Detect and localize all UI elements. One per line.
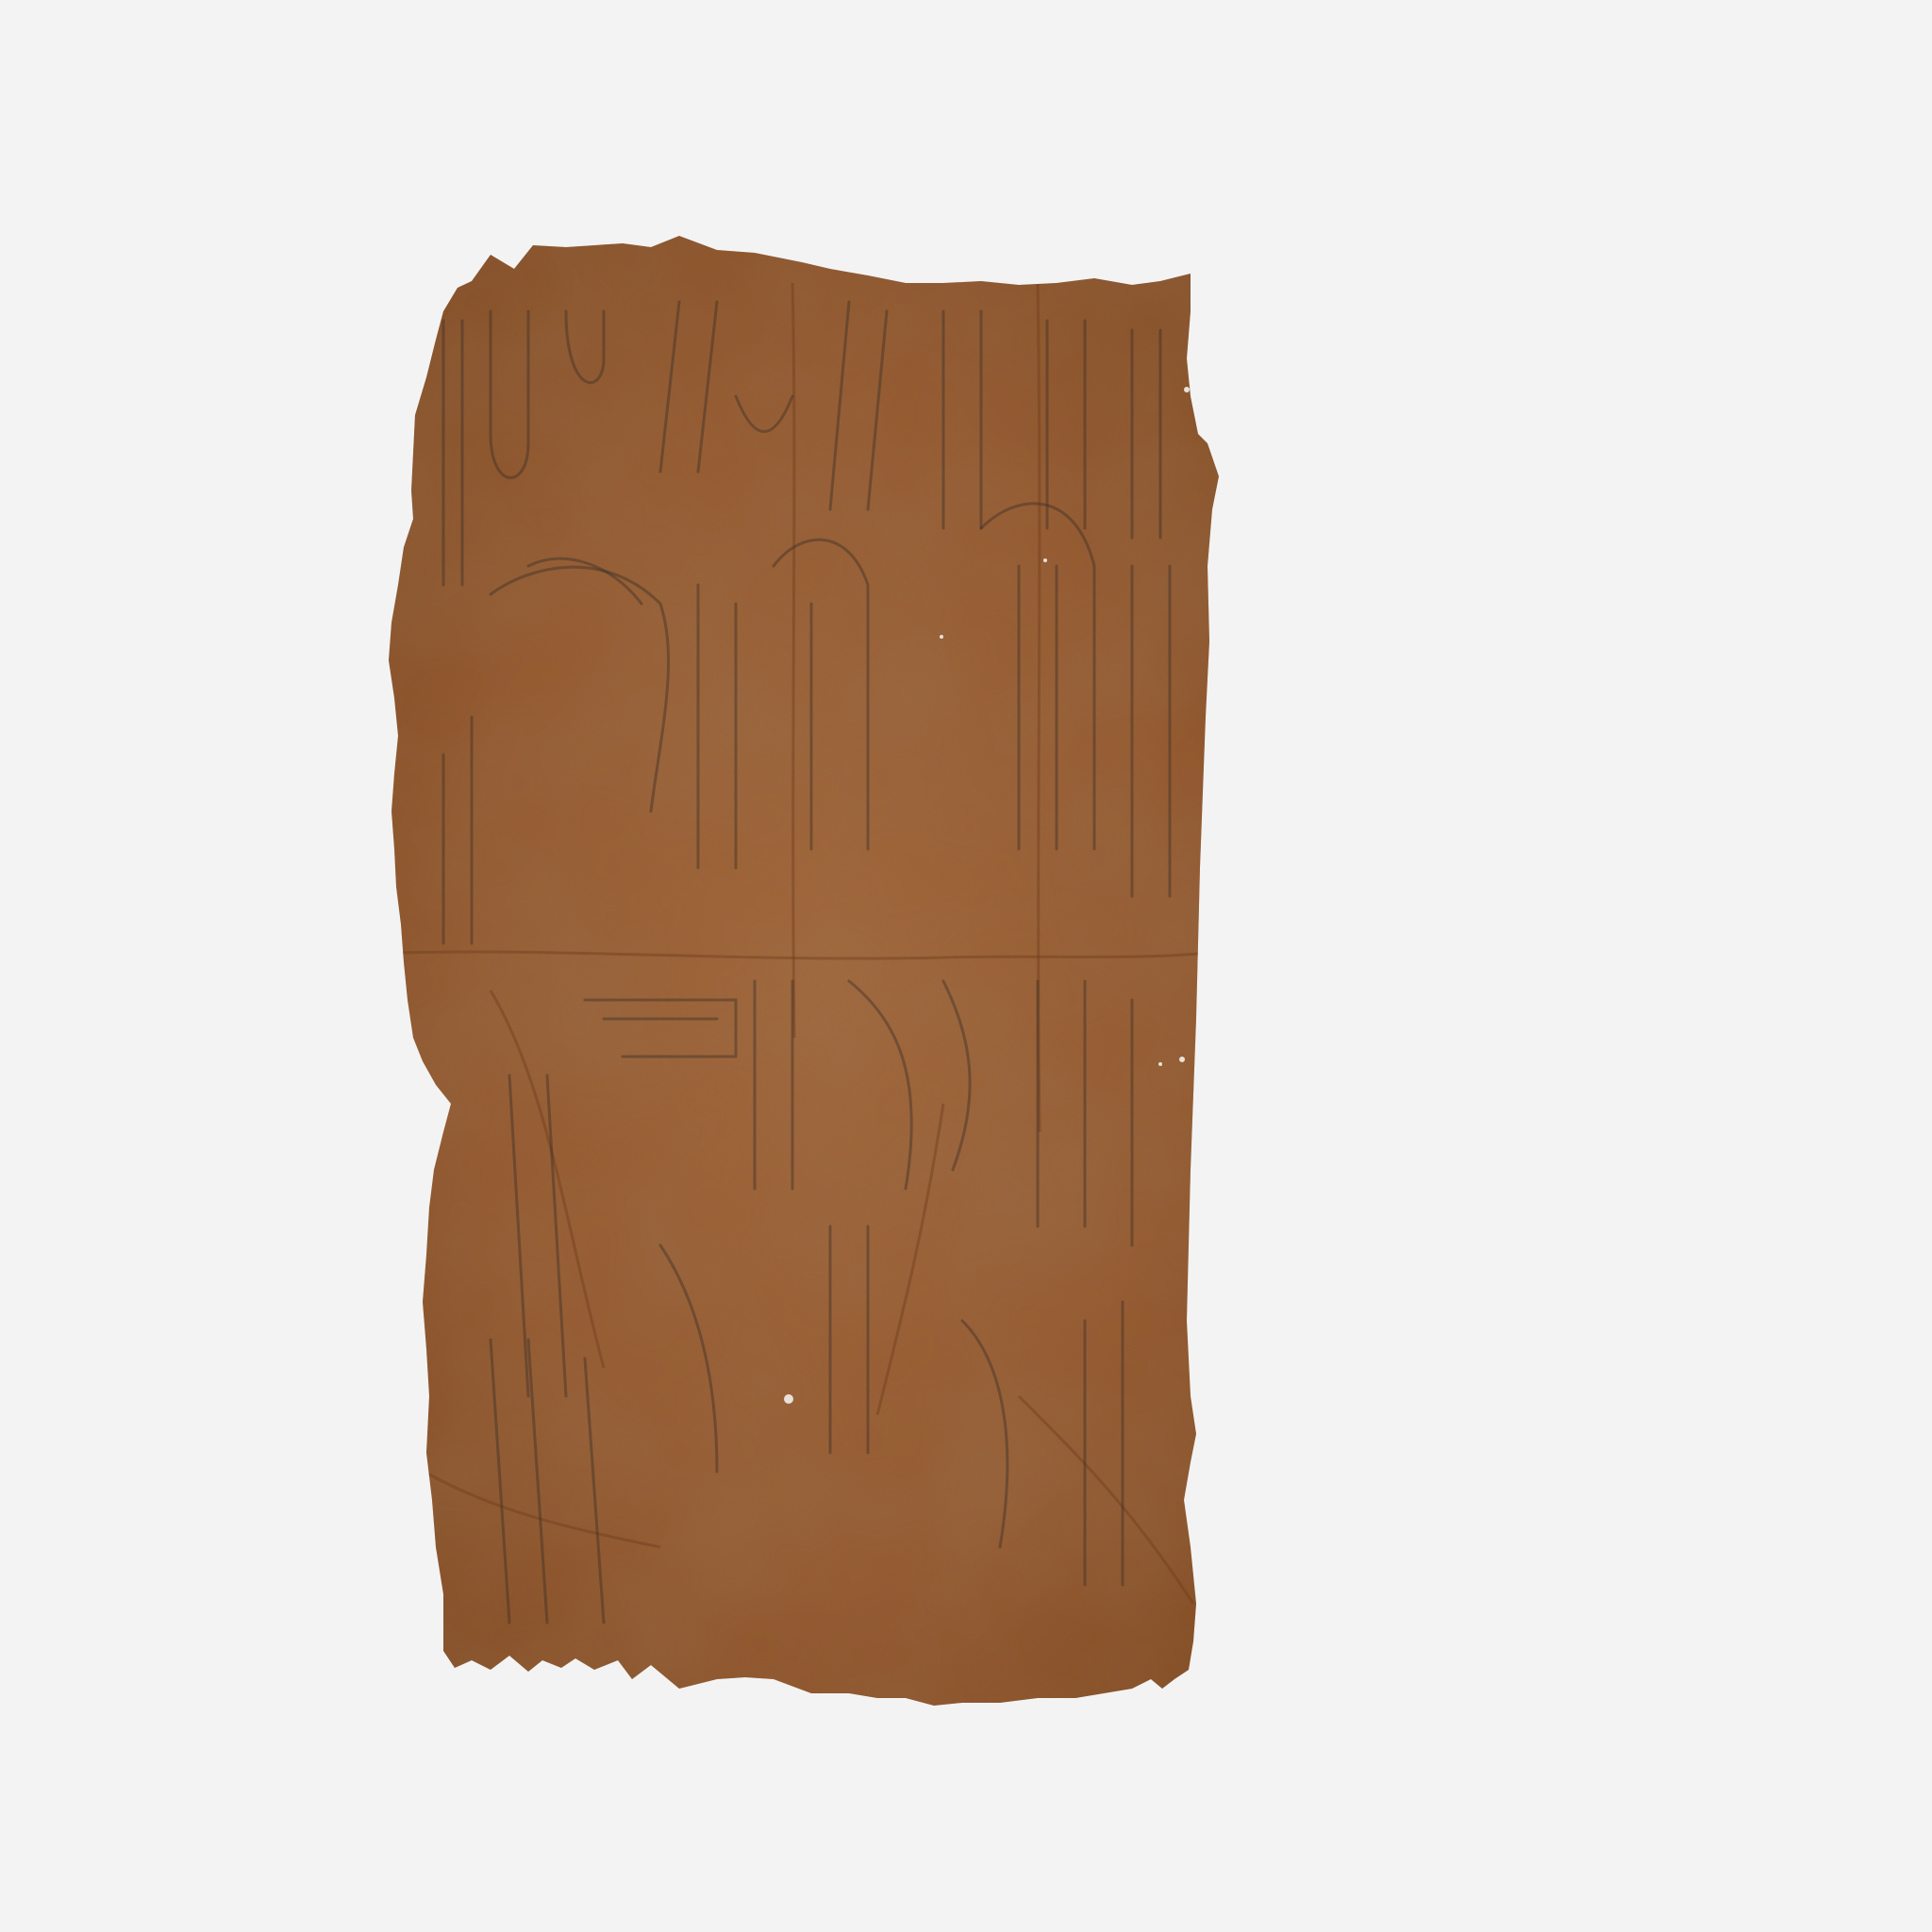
photo-stage: Barkcloth textile with faint drawn line … — [0, 0, 1932, 1932]
barkcloth-photo — [0, 0, 1932, 1932]
barkcloth — [377, 226, 1274, 1736]
